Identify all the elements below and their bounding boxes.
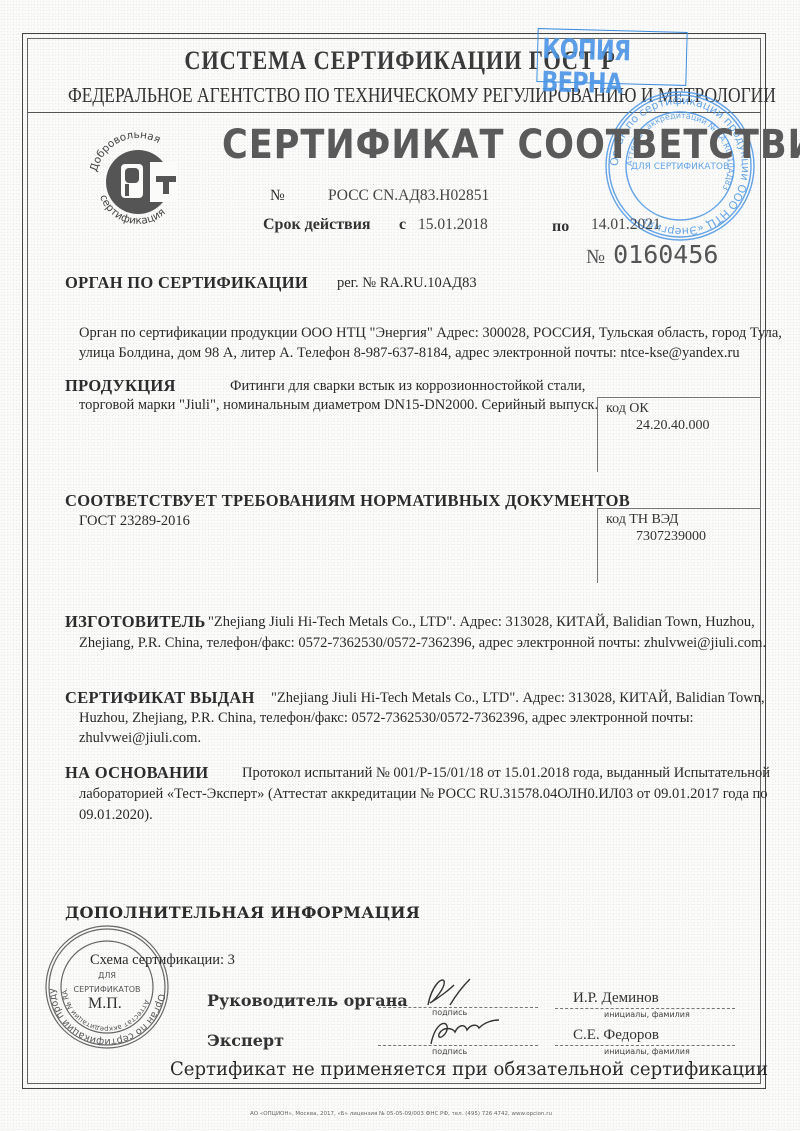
certificate-number: РОСС CN.АД83.Н02851 xyxy=(328,187,489,205)
svg-text:СЕРТИФИКАТОВ: СЕРТИФИКАТОВ xyxy=(73,985,140,994)
expert-name-caption: инициалы, фамилия xyxy=(604,1047,690,1056)
conformity-heading: СООТВЕТСТВУЕТ ТРЕБОВАНИЯМ НОРМАТИВНЫХ ДО… xyxy=(65,491,630,511)
head-signature-icon xyxy=(420,975,480,1009)
cert-body-heading: ОРГАН ПО СЕРТИФИКАЦИИ xyxy=(65,273,308,293)
certificate-title: СЕРТИФИКАТ СООТВЕТСТВИЯ xyxy=(222,122,800,168)
expert-signature-icon xyxy=(425,1016,505,1048)
blank-number: №0160456 xyxy=(586,240,718,269)
basis-line-2: лабораторией «Тест-Эксперт» (Аттестат ак… xyxy=(79,784,768,805)
product-heading: ПРОДУКЦИЯ xyxy=(65,376,176,396)
basis-line-1: Протокол испытаний № 001/Р-15/01/18 от 1… xyxy=(242,763,770,784)
code-tnved-box: код ТН ВЭД 7307239000 xyxy=(597,508,761,583)
basis-heading: НА ОСНОВАНИИ xyxy=(65,763,208,783)
head-name-caption: инициалы, фамилия xyxy=(604,1010,690,1019)
certification-scheme: Схема сертификации: 3 xyxy=(90,950,235,971)
validity-from-date: 15.01.2018 xyxy=(418,216,488,234)
expert-name-line xyxy=(555,1045,735,1046)
additional-info-heading: ДОПОЛНИТЕЛЬНАЯ ИНФОРМАЦИЯ xyxy=(65,903,420,922)
number-label: № xyxy=(270,187,285,205)
issued-to-line-2: Huzhou, Zhejiang, P.R. China, телефон/фа… xyxy=(79,708,694,729)
validity-label: Срок действия xyxy=(263,216,371,234)
copy-verified-stamp: КОПИЯ ВЕРНА xyxy=(536,28,687,86)
product-line-1: Фитинги для сварки встык из коррозионнос… xyxy=(230,376,585,397)
validity-from-label: с xyxy=(399,216,406,234)
cert-body-line-2: улица Болдина, дом 98 А, литер А. Телефо… xyxy=(79,343,740,364)
product-line-2: торговой марки "Jiuli", номинальным диам… xyxy=(79,395,598,416)
validity-to-date: 14.01.2021 xyxy=(591,216,661,234)
printer-info: АО «ОПЦИОН», Москва, 2017, «Б» лицензия … xyxy=(250,1111,552,1117)
expert-name: С.Е. Федоров xyxy=(573,1027,659,1044)
expert-signature-caption: подпись xyxy=(432,1047,467,1056)
seal-place-mark: М.П. xyxy=(88,995,122,1013)
cert-body-line-1: Орган по сертификации продукции ООО НТЦ … xyxy=(79,323,782,344)
code-tnved-label: код ТН ВЭД xyxy=(606,512,678,527)
manufacturer-line-2: Zhejiang, P.R. China, телефон/факс: 0572… xyxy=(79,633,766,654)
conformity-standard: ГОСТ 23289-2016 xyxy=(79,511,190,532)
manufacturer-line-1: "Zhejiang Jiuli Hi-Tech Metals Co., LTD"… xyxy=(208,612,755,633)
footer-note: Сертификат не применяется при обязательн… xyxy=(170,1058,768,1080)
validity-to-label: по xyxy=(552,218,569,236)
head-name-line xyxy=(555,1008,735,1009)
basis-line-3: 09.01.2020). xyxy=(79,805,153,826)
manufacturer-heading: ИЗГОТОВИТЕЛЬ xyxy=(65,612,206,632)
code-tnved-value: 7307239000 xyxy=(606,529,761,545)
issued-to-line-3: zhulvwei@jiuli.com. xyxy=(79,728,201,749)
cert-body-reg-number: рег. № RA.RU.10АД83 xyxy=(337,273,477,294)
svg-text:ДЛЯ: ДЛЯ xyxy=(98,971,116,980)
code-ok-label: код ОК xyxy=(606,401,649,416)
round-stamp-bottom-icon: Орган по сертификации продукции ООО НТЦ … xyxy=(42,922,172,1052)
expert-label: Эксперт xyxy=(207,1031,284,1050)
issued-to-line-1: "Zhejiang Jiuli Hi-Tech Metals Co., LTD"… xyxy=(271,688,765,709)
head-name: И.Р. Деминов xyxy=(573,990,659,1007)
code-ok-value: 24.20.40.000 xyxy=(606,418,761,434)
rst-voluntary-certification-logo: Добровольная сертификация xyxy=(88,128,188,228)
code-ok-box: код ОК 24.20.40.000 xyxy=(597,397,761,472)
issued-to-heading: СЕРТИФИКАТ ВЫДАН xyxy=(65,688,255,708)
